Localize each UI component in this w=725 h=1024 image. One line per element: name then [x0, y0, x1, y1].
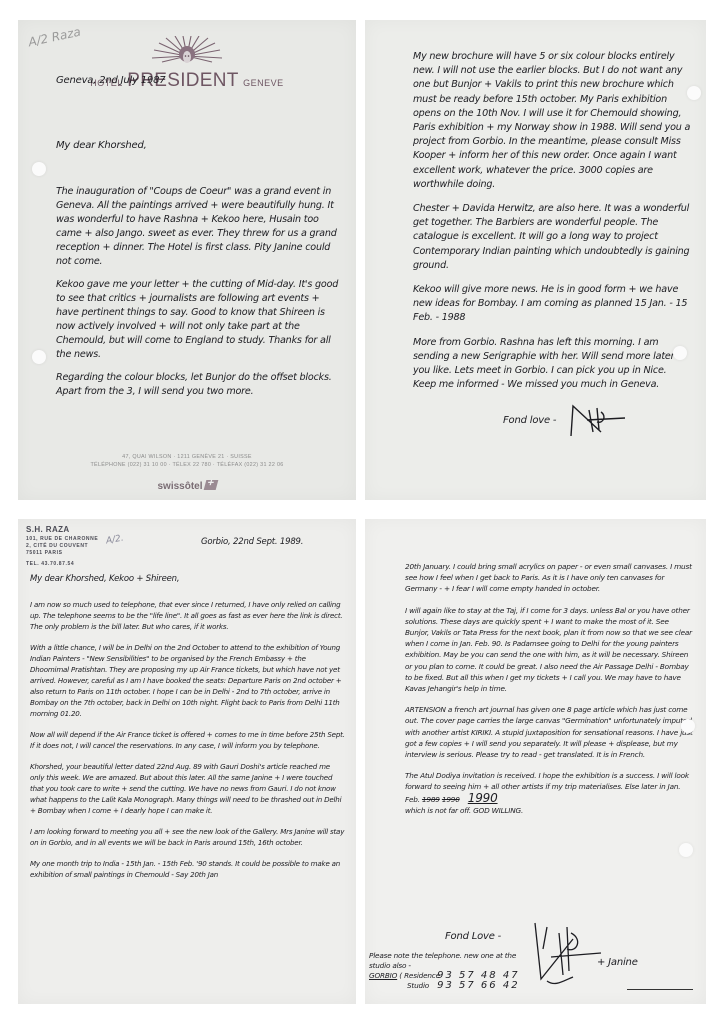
paragraph: The inauguration of "Coups de Coeur" was… [56, 185, 342, 269]
hotel-city: GENEVE [243, 78, 284, 88]
phone-note: Please note the telephone. new one at th… [369, 951, 520, 991]
hotel-address: 47, QUAI WILSON · 1211 GENÈVE 21 · SUISS… [18, 454, 356, 462]
paragraph: The Atul Dodiya invitation is received. … [405, 770, 694, 816]
punch-hole [32, 162, 46, 176]
swissotel-brand: swissôtel [18, 480, 356, 492]
address-line: 101, RUE DE CHARONNE [26, 536, 98, 543]
sunburst-face-logo-icon [150, 36, 224, 68]
paragraph: ARTENSION a french art journal has given… [405, 704, 694, 760]
phone-note-text: Please note the telephone. new one at th… [369, 951, 519, 971]
paragraph: I will again like to stay at the Taj, if… [405, 605, 694, 695]
paragraph: Kekoo gave me your letter + the cutting … [56, 278, 342, 362]
letter-date: Gorbio, 22nd Sept. 1989. [201, 537, 303, 547]
letter-salutation: My dear Khorshed, Kekoo + Shireen, [30, 574, 179, 584]
paragraph: I am looking forward to meeting you all … [30, 826, 346, 848]
struck-year: 1990 [442, 795, 460, 804]
paragraph: My new brochure will have 5 or six colou… [413, 50, 692, 192]
paragraph: Khorshed, your beautiful letter dated 22… [30, 761, 346, 816]
punch-hole [681, 719, 695, 733]
letter-body: My new brochure will have 5 or six colou… [413, 50, 692, 438]
raza-signature-icon [533, 919, 603, 989]
punch-hole [32, 350, 46, 364]
letter-date: Geneva, 2nd July 1987 [56, 75, 165, 86]
paragraph: Kekoo will give more news. He is in good… [413, 283, 692, 326]
raza-letterhead: S.H. RAZA 101, RUE DE CHARONNE 2, CITÉ D… [26, 525, 98, 568]
letter-body: I am now so much used to telephone, that… [30, 599, 346, 890]
address-line: 75011 PARIS [26, 550, 98, 557]
phone-label: Residence [404, 971, 440, 980]
sender-tel: TEL. 43.70.87.54 [26, 561, 98, 568]
closing: Fond love - [503, 415, 556, 426]
letter-salutation: My dear Khorshed, [56, 140, 147, 151]
closing: Fond Love - [445, 931, 501, 942]
phone-number: 93 57 66 42 [437, 980, 519, 991]
paragraph: My one month trip to India - 15th Jan. -… [30, 858, 346, 880]
cosigner: + Janine [597, 957, 638, 968]
pencil-annotation: A/2. [105, 534, 124, 547]
letter-body: 20th January. I could bring small acryli… [405, 561, 694, 826]
address-line: 2, CITÉ DU COUVENT [26, 543, 98, 550]
letter-page-2: My new brochure will have 5 or six colou… [365, 20, 706, 500]
swiss-cross-icon [203, 480, 218, 490]
paragraph: Now all will depend if the Air France ti… [30, 729, 346, 751]
punch-hole [679, 843, 693, 857]
phone-row-studio: Studio 93 57 66 42 [369, 981, 520, 991]
brand-name: swissôtel [157, 481, 202, 492]
paragraph: 20th January. I could bring small acryli… [405, 561, 694, 595]
struck-year: 1989 [422, 795, 440, 804]
hotel-footer: 47, QUAI WILSON · 1211 GENÈVE 21 · SUISS… [18, 454, 356, 469]
final-year: 1990 [468, 791, 498, 805]
closing-line: Fond love - [413, 402, 692, 438]
paragraph: I am now so much used to telephone, that… [30, 599, 346, 632]
letter-page-1: A/2 Raza HOTEL PRESIDENT GENEVE Geneva, … [18, 20, 356, 500]
letter-body: The inauguration of "Coups de Coeur" was… [56, 185, 342, 408]
paragraph: More from Gorbio. Rashna has left this m… [413, 336, 692, 393]
raza-signature-icon [567, 402, 627, 438]
punch-hole [687, 86, 701, 100]
hotel-contacts: TÉLÉPHONE (022) 31 10 00 · TÉLEX 22 780 … [18, 462, 356, 470]
paragraph: Chester + Davida Herwitz, are also here.… [413, 202, 692, 273]
phone-place: GORBIO [369, 971, 397, 980]
phone-label: Studio [369, 981, 435, 991]
paragraph: With a little chance, I will be in Delhi… [30, 642, 346, 719]
punch-hole [673, 346, 687, 360]
signature-underline [627, 989, 693, 990]
god-willing-line: which is not far off. GOD WILLING. [405, 806, 523, 815]
sender-name: S.H. RAZA [26, 525, 98, 534]
letter-page-3: S.H. RAZA 101, RUE DE CHARONNE 2, CITÉ D… [18, 519, 356, 1004]
letter-page-4: 20th January. I could bring small acryli… [365, 519, 706, 1004]
paragraph: Regarding the colour blocks, let Bunjor … [56, 371, 342, 399]
